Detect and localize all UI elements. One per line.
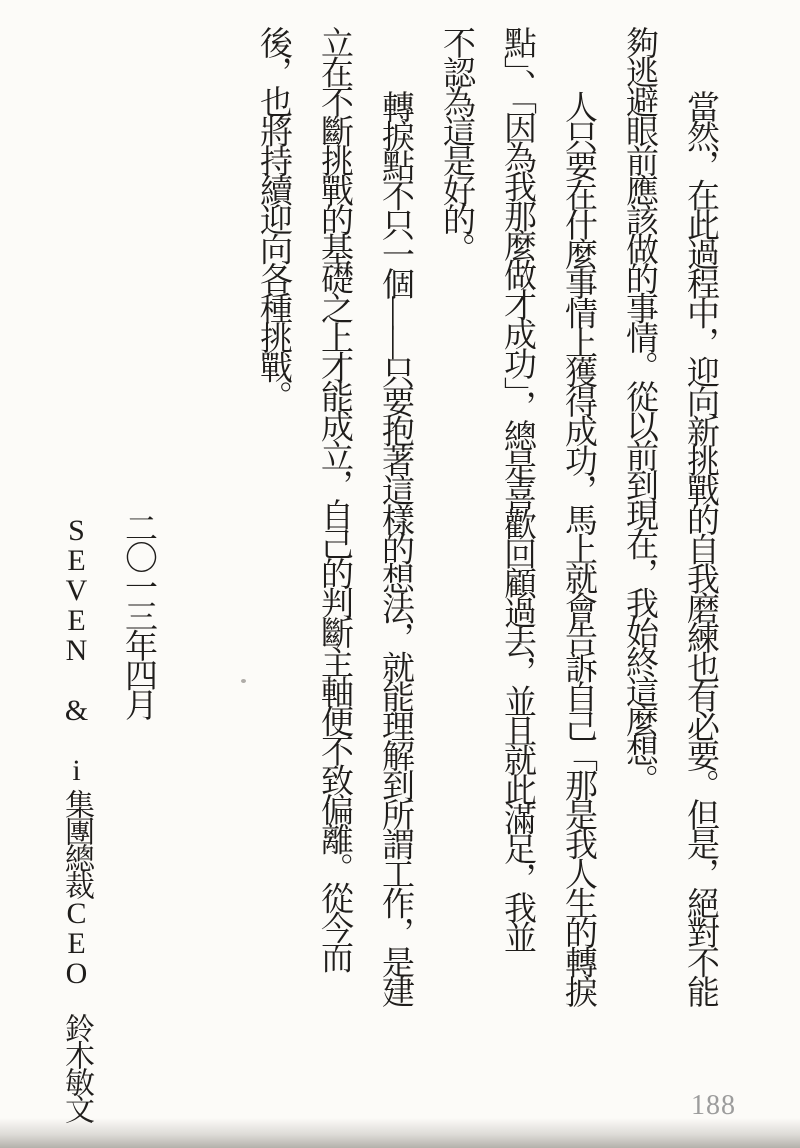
text-column-1: 當然，在此過程中，迎向新挑戰的自我磨練也有必要。但是，絕對不能 (669, 26, 730, 1042)
signature-title: 集團總裁 (60, 784, 93, 897)
column-gap (168, 26, 242, 1042)
text-column-5: 不認為這是好的。 (425, 26, 486, 1042)
text-column-3: 人只要在什麼事情上獲得成功，馬上就會告訴自己「那是我人生的轉捩 (547, 26, 608, 1042)
text-column-8: 後，也將持續迎向各種挑戰。 (242, 26, 303, 1042)
page-bottom-shadow (0, 1118, 800, 1148)
scan-speck (241, 679, 246, 683)
signature-column: SEVEN & i集團總裁CEO鈴木敏文 (46, 26, 107, 1042)
text-column-4: 點」、「因為我那麼做才成功」，總是喜歡回顧過去，並且就此滿足，我並 (486, 26, 547, 1042)
book-page: 當然，在此過程中，迎向新挑戰的自我磨練也有必要。但是，絕對不能 夠逃避眼前應該做… (0, 0, 800, 1148)
signature-name: 鈴木敏文 (60, 987, 93, 1121)
text-column-6: 轉捩點不只一個——只要抱著這樣的想法，就能理解到所謂工作，是建 (364, 26, 425, 1042)
page-number: 188 (691, 1090, 736, 1122)
date-column: 二〇一三年四月 (107, 26, 168, 1042)
text-column-7: 立在不斷挑戰的基礎之上才能成立，自己的判斷主軸便不致偏離。從今而 (303, 26, 364, 1042)
main-text-block: 當然，在此過程中，迎向新挑戰的自我磨練也有必要。但是，絕對不能 夠逃避眼前應該做… (46, 26, 730, 1042)
signature-company: SEVEN & i (60, 514, 93, 784)
signature-title-latin: CEO (60, 897, 93, 987)
text-column-2: 夠逃避眼前應該做的事情。從以前到現在，我始終這麼想。 (608, 26, 669, 1042)
